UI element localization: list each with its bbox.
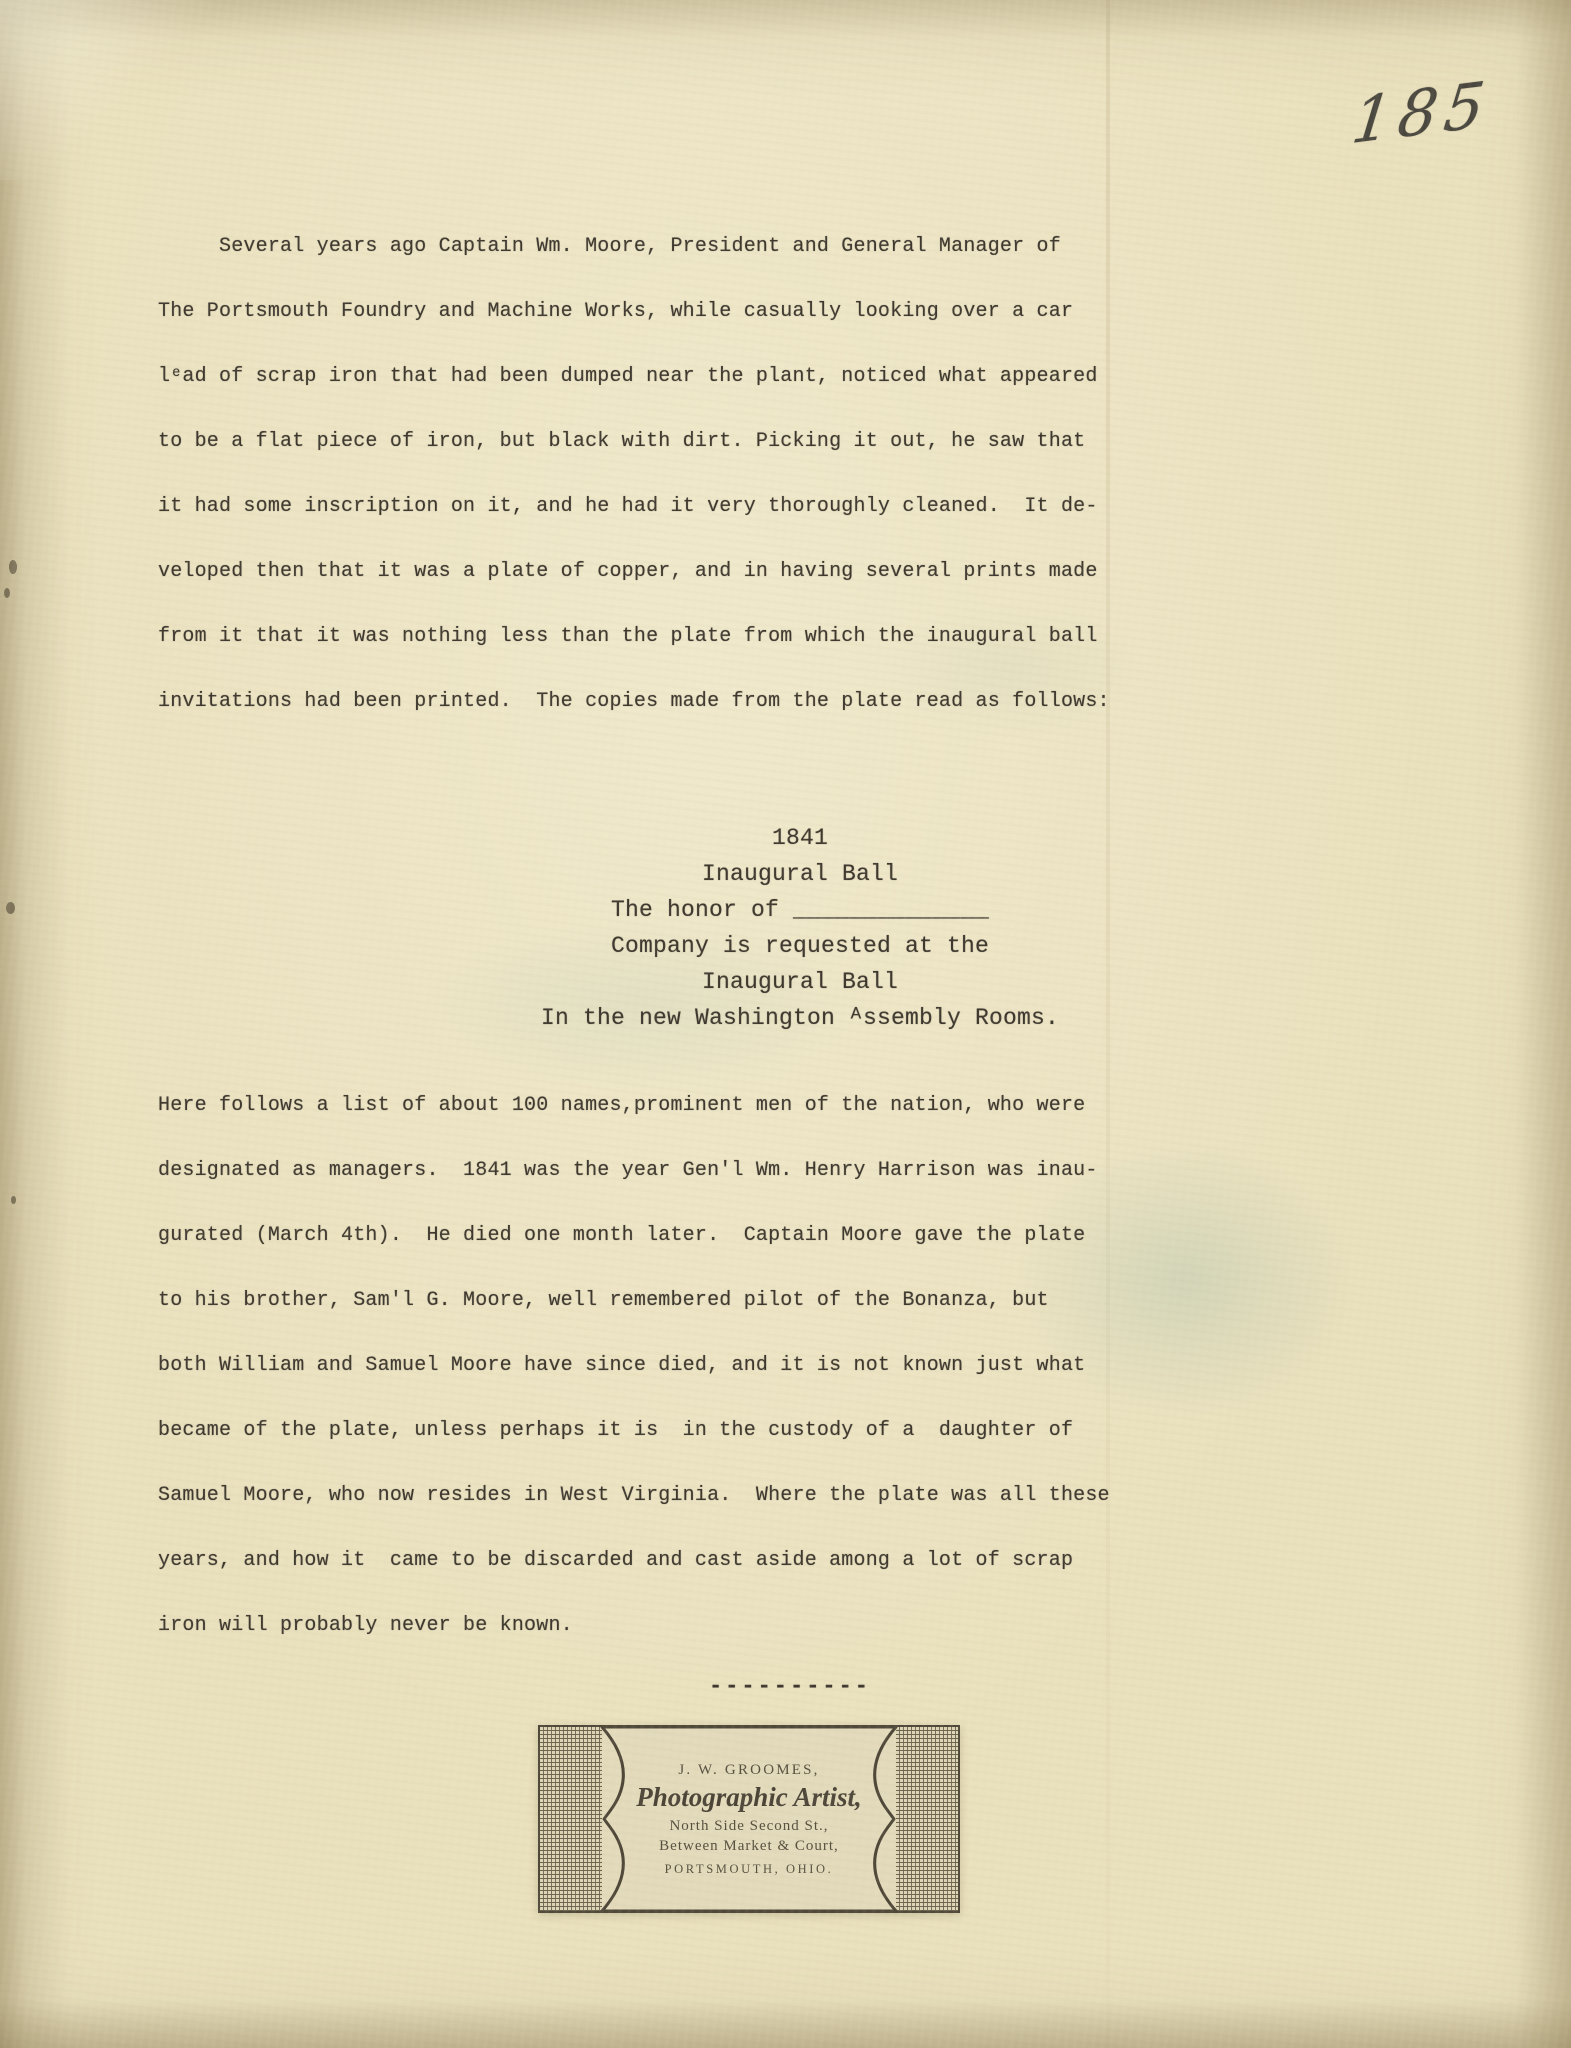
invitation-line: In the new Washington ᴬssembly Rooms. (400, 1000, 1200, 1036)
typed-line: from it that it was nothing less than th… (158, 604, 1110, 669)
typed-line: to be a flat piece of iron, but black wi… (158, 409, 1110, 474)
typed-line: lᵉad of scrap iron that had been dumped … (158, 344, 1110, 409)
paper-speck (4, 588, 10, 598)
invitation-line: Inaugural Ball (400, 856, 1200, 892)
document-page: 185 Several years ago Captain Wm. Moore,… (0, 0, 1571, 2048)
paragraph-2: Here follows a list of about 100 names,p… (158, 1073, 1110, 1658)
typed-line: years, and how it came to be discarded a… (158, 1528, 1110, 1593)
card-address-line-2: Between Market & Court, (659, 1838, 839, 1855)
paper-speck (9, 560, 17, 574)
card-photographer-name: J. W. GROOMES, (678, 1762, 819, 1779)
paper-fold-corner (0, 0, 230, 180)
typed-line: Samuel Moore, who now resides in West Vi… (158, 1463, 1110, 1528)
card-text: J. W. GROOMES, Photographic Artist, Nort… (610, 1725, 888, 1913)
paper-speck (6, 902, 15, 914)
typed-line: Several years ago Captain Wm. Moore, Pre… (158, 214, 1110, 279)
dashed-separator: ---------- (680, 1674, 900, 1699)
paper-speck (11, 1196, 16, 1204)
typed-line: veloped then that it was a plate of copp… (158, 539, 1110, 604)
typed-line: both William and Samuel Moore have since… (158, 1333, 1110, 1398)
typed-line: to his brother, Sam'l G. Moore, well rem… (158, 1268, 1110, 1333)
inaugural-ball-invitation-block: 1841 Inaugural Ball The honor of _______… (400, 820, 1200, 1036)
card-city: PORTSMOUTH, OHIO. (665, 1862, 834, 1877)
typed-line: Here follows a list of about 100 names,p… (158, 1073, 1110, 1138)
invitation-line: Inaugural Ball (400, 964, 1200, 1000)
paragraph-1: Several years ago Captain Wm. Moore, Pre… (158, 214, 1110, 734)
typed-line: became of the plate, unless perhaps it i… (158, 1398, 1110, 1463)
card-address-line-1: North Side Second St., (669, 1818, 828, 1835)
invitation-line: Company is requested at the (400, 928, 1200, 964)
photographer-ad-card: J. W. GROOMES, Photographic Artist, Nort… (538, 1725, 960, 1913)
invitation-line: 1841 (400, 820, 1200, 856)
typed-line: gurated (March 4th). He died one month l… (158, 1203, 1110, 1268)
handwritten-page-number: 185 (1348, 67, 1495, 159)
invitation-line: The honor of ______________ (400, 892, 1200, 928)
typed-line: designated as managers. 1841 was the yea… (158, 1138, 1110, 1203)
typed-line: it had some inscription on it, and he ha… (158, 474, 1110, 539)
typed-line: iron will probably never be known. (158, 1593, 1110, 1658)
typed-line: The Portsmouth Foundry and Machine Works… (158, 279, 1110, 344)
card-photographer-title: Photographic Artist, (636, 1782, 862, 1813)
typed-line: invitations had been printed. The copies… (158, 669, 1110, 734)
